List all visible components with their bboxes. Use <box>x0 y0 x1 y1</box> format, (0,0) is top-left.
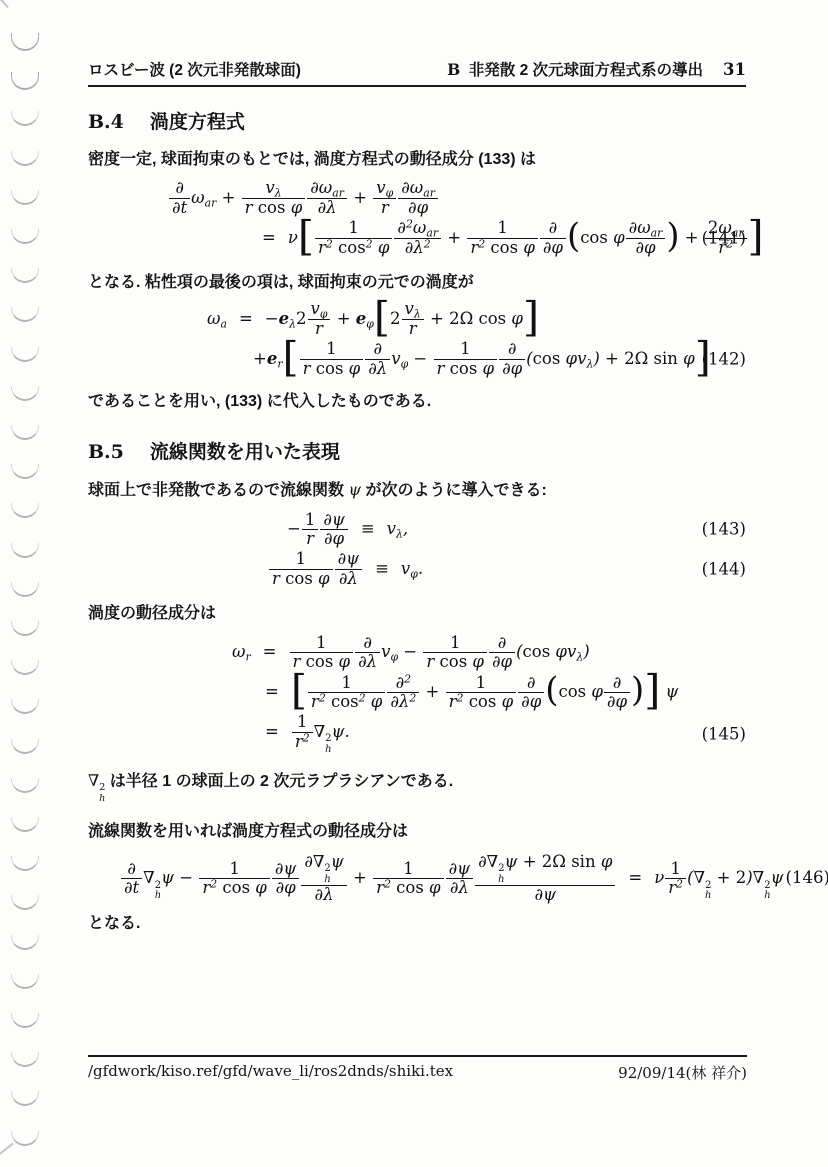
spiral-binding <box>0 0 60 1167</box>
equation-145: ωr=1r cos φ∂∂λvφ − 1r cos φ∂∂φ(cos φvλ) … <box>88 634 746 756</box>
section-heading-b4: B.4渦度方程式 <box>88 107 746 134</box>
footer-file-path: /gfdwork/kiso.ref/gfd/wave_li/ros2dnds/s… <box>88 1062 453 1083</box>
footer-rule <box>88 1055 747 1057</box>
binder-ring <box>11 778 39 793</box>
equation-142: ωa=−eλ2vφr + eφ[2vλr + 2Ω cos φ] +er[1r … <box>88 300 746 378</box>
equation-number: (144) <box>702 560 746 579</box>
equation-number: (146) <box>786 868 828 887</box>
binder-ring <box>11 935 39 950</box>
binder-ring <box>11 699 39 714</box>
binder-ring <box>11 111 39 126</box>
paragraph-streamfunction-vorticity: 流線関数を用いれば渦度方程式の動径成分は <box>88 820 746 843</box>
binder-ring <box>11 582 39 597</box>
binder-ring <box>11 307 39 322</box>
equation-line: =1r2∇2hψ.(145) <box>88 713 746 755</box>
binder-ring <box>11 1013 39 1028</box>
equation-line: 1r cos φ∂ψ∂λ≡vφ.(144) <box>88 550 746 588</box>
equation-146: ∂∂t∇2hψ − 1r2 cos φ∂ψ∂φ∂∇2hψ∂λ + 1r2 cos… <box>88 853 746 905</box>
section-title: 流線関数を用いた表現 <box>150 442 340 463</box>
equation-line: +er[1r cos φ∂∂λvφ − 1r cos φ∂∂φ(cos φvλ)… <box>88 340 746 378</box>
paragraph-radial-component: 渦度の動径成分は <box>88 602 746 625</box>
equation-number: (143) <box>702 520 746 539</box>
paragraph-closing: となる. <box>88 912 746 935</box>
paragraph-viscous-term: となる. 粘性項の最後の項は, 球面拘束の元での渦度が <box>88 271 746 294</box>
equation-144: 1r cos φ∂ψ∂λ≡vφ.(144) <box>88 550 746 588</box>
section-label: B.5 <box>88 441 124 463</box>
footer-date-author: 92/09/14(林 祥介) <box>618 1062 747 1083</box>
binder-ring <box>11 543 39 558</box>
equation-line: ωa=−eλ2vφr + eφ[2vλr + 2Ω cos φ] <box>88 300 746 338</box>
page-header: ロスビー波 (2 次元非発散球面) B 非発散 2 次元球面方程式系の導出 31 <box>88 58 746 80</box>
header-rule <box>88 85 746 87</box>
section-title: 渦度方程式 <box>150 112 245 133</box>
binder-ring <box>11 33 39 51</box>
paragraph-density-constraint: 密度一定, 球面拘束のもとでは, 渦度方程式の動径成分 (133) は <box>88 148 746 171</box>
equation-line: ∂∂t∇2hψ − 1r2 cos φ∂ψ∂φ∂∇2hψ∂λ + 1r2 cos… <box>88 853 746 905</box>
header-running-title: ロスビー波 (2 次元非発散球面) <box>88 58 301 80</box>
binder-ring <box>11 817 39 832</box>
paragraph-streamfunction-intro: 球面上で非発散であるので流線関数 ψ が次のように導入できる: <box>88 478 746 502</box>
paragraph-laplacian-note: ∇2h は半径 1 の球面上の 2 次元ラプラシアンである. <box>88 769 746 803</box>
binder-ring <box>11 190 39 205</box>
binder-ring <box>11 1131 39 1146</box>
equation-number: (141) <box>702 229 746 248</box>
equation-141: ∂∂tωar + vλr cos φ∂ωar∂λ + vφr∂ωar∂φ =ν[… <box>88 179 746 257</box>
paragraph-substitution: であることを用い, (133) に代入したものである. <box>88 390 746 413</box>
binder-ring <box>11 739 39 754</box>
equation-line: =ν[1r2 cos2 φ∂2ωar∂λ2 + 1r2 cos φ∂∂φ(cos… <box>88 219 746 257</box>
binder-ring <box>11 856 39 871</box>
equation-line: ∂∂tωar + vλr cos φ∂ωar∂λ + vφr∂ωar∂φ <box>88 179 746 217</box>
header-section-title: 非発散 2 次元球面方程式系の導出 <box>469 62 703 79</box>
binder-ring <box>11 151 39 166</box>
binder-ring <box>11 72 39 90</box>
binder-ring <box>11 974 39 989</box>
binder-ring <box>11 1052 39 1067</box>
equation-143: −1r∂ψ∂φ≡vλ,(143) <box>88 511 746 549</box>
binder-ring <box>11 464 39 479</box>
binder-ring <box>11 386 39 401</box>
section-heading-b5: B.5流線関数を用いた表現 <box>88 437 746 464</box>
binder-ring <box>11 895 39 910</box>
binder-ring <box>11 229 39 244</box>
binder-ring <box>11 1091 39 1106</box>
equation-line: =[1r2 cos2 φ∂2∂λ2 + 1r2 cos φ∂∂φ(cos φ∂∂… <box>88 674 746 712</box>
binder-ring <box>11 268 39 283</box>
binder-ring <box>11 425 39 440</box>
equation-line: −1r∂ψ∂φ≡vλ,(143) <box>88 511 746 549</box>
binder-ring <box>11 660 39 675</box>
page-number: 31 <box>723 60 746 79</box>
equation-number: (145) <box>702 725 746 744</box>
page-footer: /gfdwork/kiso.ref/gfd/wave_li/ros2dnds/s… <box>88 1050 747 1083</box>
binder-ring <box>11 621 39 636</box>
header-section-heading: B 非発散 2 次元球面方程式系の導出 <box>447 58 703 80</box>
section-label: B.4 <box>88 111 124 133</box>
header-section-label: B <box>447 60 460 79</box>
binder-ring <box>11 503 39 518</box>
document-page: ロスビー波 (2 次元非発散球面) B 非発散 2 次元球面方程式系の導出 31… <box>0 0 828 1167</box>
binder-ring <box>11 347 39 362</box>
equation-number: (142) <box>702 350 746 369</box>
